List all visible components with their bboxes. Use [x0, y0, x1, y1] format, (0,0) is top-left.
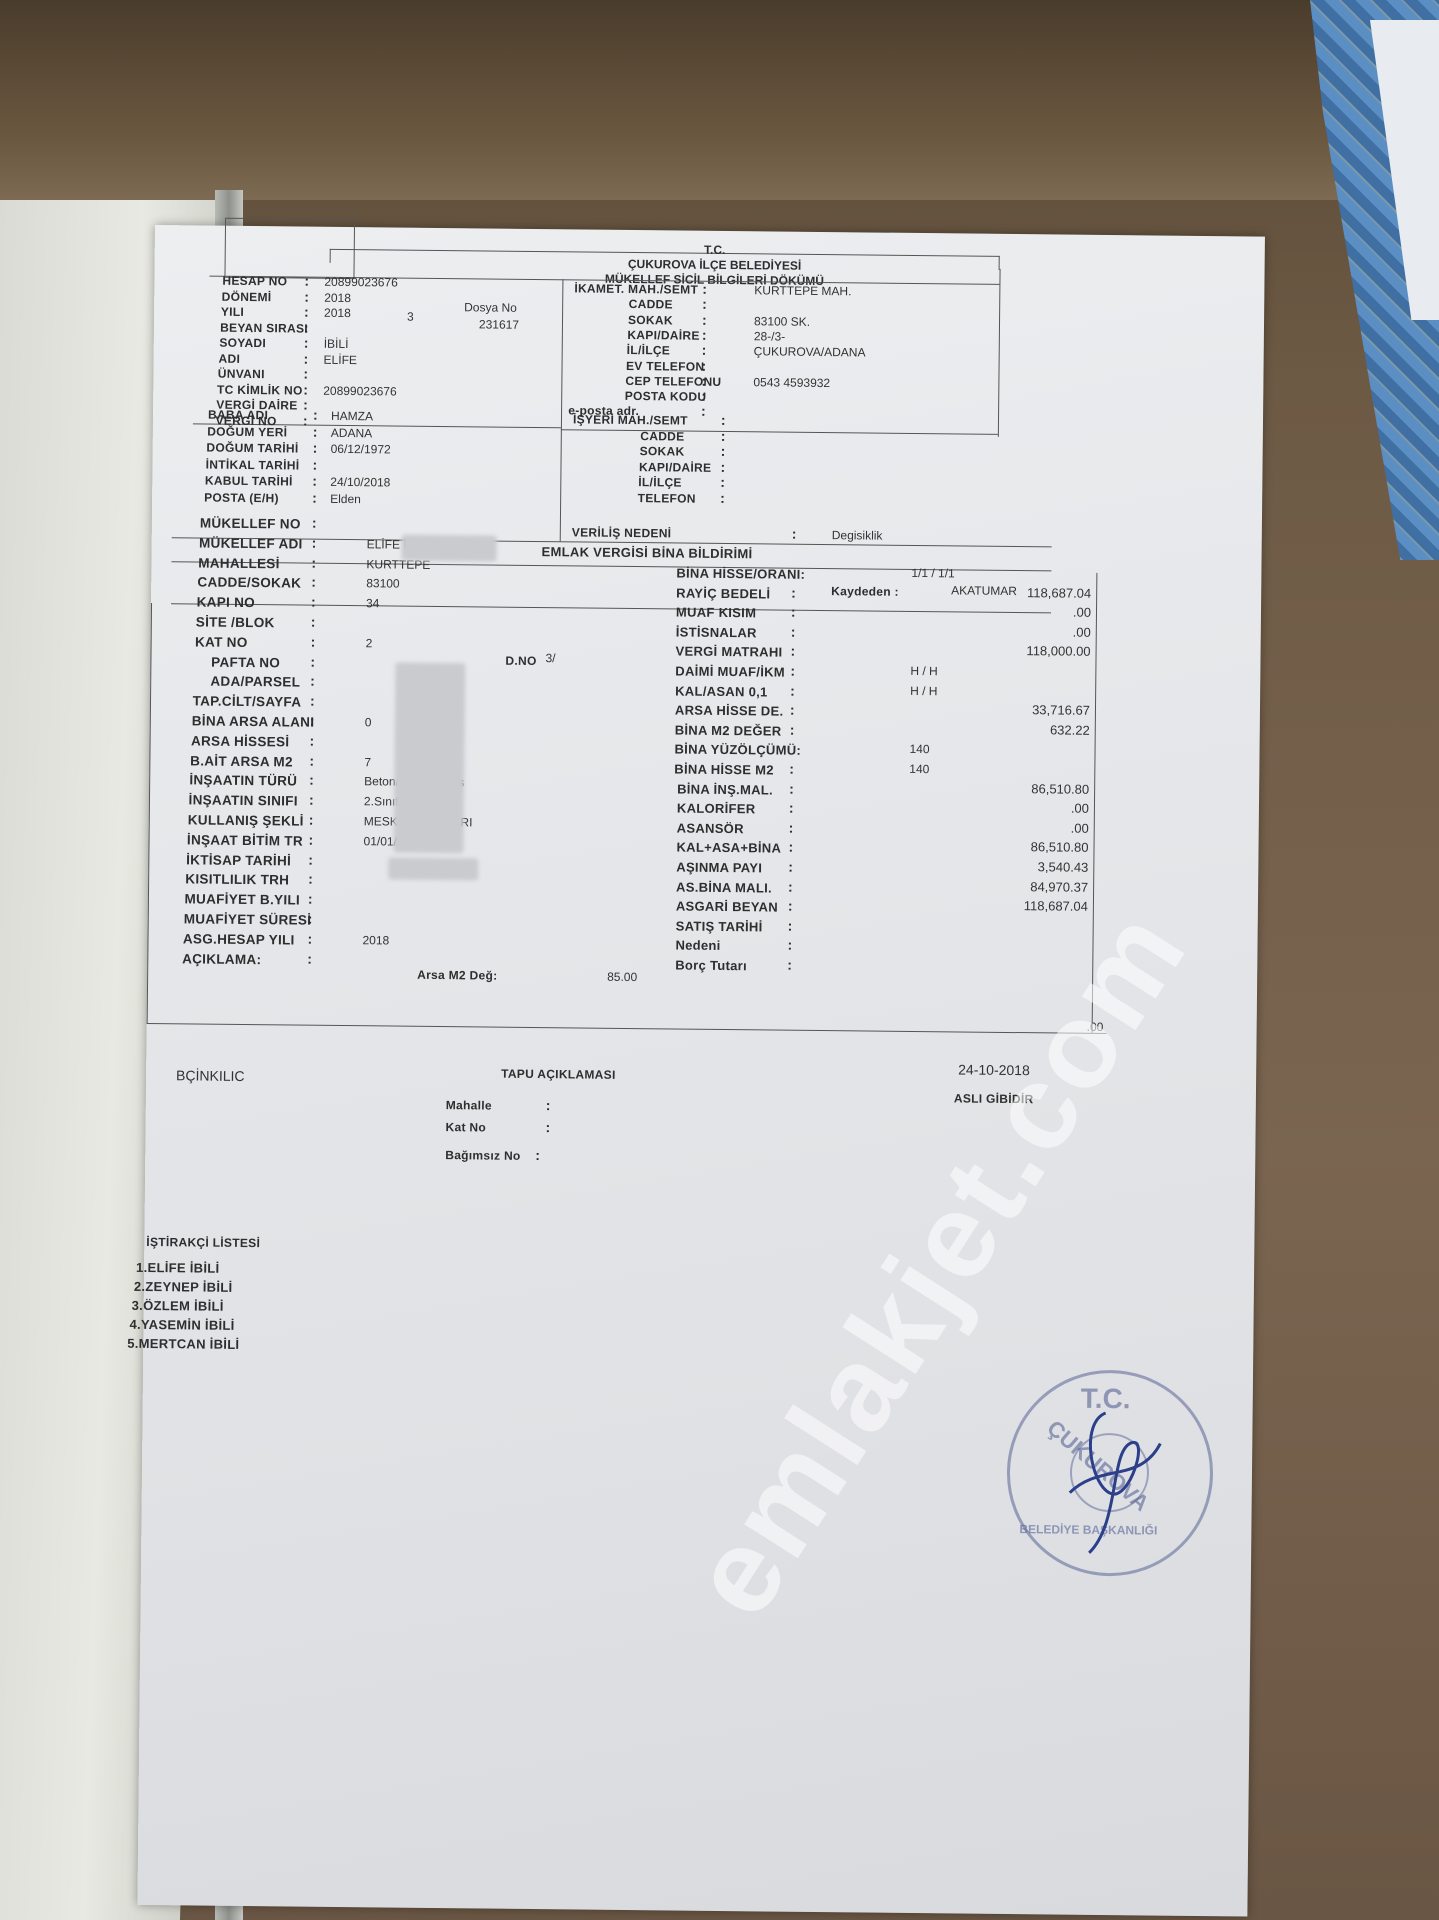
- istirakci-item: 5.MERTCAN İBİLİ: [127, 1336, 239, 1352]
- colon: :: [310, 732, 315, 748]
- field-value: KURTTEPE MAH.: [754, 283, 851, 298]
- field-value: Elden: [330, 491, 361, 505]
- field-label: SİTE /BLOK: [196, 614, 275, 630]
- colon: :: [303, 381, 308, 397]
- colon: :: [312, 515, 317, 531]
- field-value: 24/10/2018: [330, 475, 390, 490]
- colon: :: [303, 366, 308, 382]
- field-label: KISITLILIK TRH: [185, 872, 289, 888]
- colon: :: [304, 304, 309, 320]
- valuation-label: ASANSÖR: [677, 820, 744, 836]
- tapu-field-label: Mahalle: [446, 1098, 492, 1112]
- colon: :: [311, 614, 316, 630]
- field-label: SOKAK: [628, 313, 673, 327]
- colon: :: [313, 440, 318, 456]
- divider: [1092, 573, 1098, 1033]
- colon: :: [313, 407, 318, 423]
- field-label: CEP TELEFONU: [625, 374, 721, 389]
- colon: :: [721, 412, 726, 428]
- valuation-label: DAİMİ MUAF/İKM: [675, 663, 785, 679]
- field-label: MAHALLESİ: [198, 555, 280, 571]
- colon: :: [701, 403, 706, 419]
- colon: :: [788, 878, 793, 894]
- colon: :: [308, 831, 313, 847]
- valuation-label: Borç Tutarı: [675, 957, 747, 973]
- valuation-value: 3,540.43: [948, 858, 1088, 874]
- colon: :: [308, 871, 313, 887]
- colon: :: [702, 311, 707, 327]
- colon: :: [702, 281, 707, 297]
- colon: :: [310, 653, 315, 669]
- colon: :: [792, 526, 797, 542]
- field-label: DOĞUM YERİ: [207, 424, 287, 439]
- valuation-label: RAYİÇ BEDELİ: [676, 585, 770, 601]
- field-value: 2018: [324, 306, 351, 320]
- colon: :: [791, 623, 796, 639]
- field-label: KULLANIŞ ŞEKLİ: [188, 812, 304, 828]
- colon: :: [304, 273, 309, 289]
- valuation-value: 118,687.04: [951, 584, 1091, 600]
- colon: :: [787, 937, 792, 953]
- valuation-label: İSTİSNALAR: [676, 624, 757, 640]
- valuation-label: SATIŞ TARİHİ: [676, 918, 763, 934]
- valuation-label: AS.BİNA MALI.: [676, 879, 772, 895]
- field-value: 2018: [324, 290, 351, 304]
- asli-gibidir: ASLI GİBİDİR: [954, 1091, 1034, 1106]
- operator-name: BÇİNKILIC: [176, 1067, 245, 1084]
- field-value: 20899023676: [323, 383, 397, 398]
- field-label: SOYADI: [219, 336, 266, 350]
- colon: :: [310, 693, 315, 709]
- colon: :: [311, 554, 316, 570]
- colon: :: [304, 335, 309, 351]
- dosya-no-value: 231617: [479, 317, 519, 331]
- colon: :: [701, 388, 706, 404]
- field-value: 83100 SK.: [754, 314, 810, 329]
- verilis-label: VERİLİŞ NEDENİ: [572, 525, 672, 540]
- field-label: ÜNVANI: [218, 367, 265, 381]
- valuation-value: 84,970.37: [948, 878, 1088, 894]
- valuation-value: .00: [949, 819, 1089, 835]
- colon: :: [308, 891, 313, 907]
- colon: :: [309, 752, 314, 768]
- tapu-field-label: Bağımsız No: [445, 1148, 520, 1163]
- colon: :: [313, 423, 318, 439]
- colon: :: [307, 950, 312, 966]
- field-label: ASG.HESAP YILI: [183, 931, 295, 947]
- print-date: 24-10-2018: [958, 1061, 1030, 1078]
- field-value: 34: [366, 596, 380, 610]
- colon: :: [308, 911, 313, 927]
- valuation-label: BİNA YÜZÖLÇÜMÜ:: [674, 742, 801, 758]
- divider: [147, 1023, 1107, 1034]
- valuation-value: .00: [951, 623, 1091, 639]
- field-value: ADANA: [331, 425, 372, 439]
- colon: :: [790, 663, 795, 679]
- colon: :: [308, 851, 313, 867]
- valuation-value: 86,510.80: [948, 839, 1088, 855]
- colon: :: [791, 584, 796, 600]
- field-label: EV TELEFON: [626, 358, 704, 373]
- valuation-label: ASGARİ BEYAN: [676, 899, 778, 915]
- colon: :: [701, 357, 706, 373]
- colon: :: [309, 792, 314, 808]
- field-value: 0543 4593932: [753, 375, 830, 390]
- divider: [998, 269, 1001, 437]
- colon: :: [789, 780, 794, 796]
- field-label: KAPI/DAİRE: [639, 460, 711, 475]
- colon: :: [720, 458, 725, 474]
- field-label: TAP.CİLT/SAYFA: [193, 694, 302, 710]
- signature-icon: [1009, 1372, 1211, 1574]
- field-label: SOKAK: [640, 444, 685, 458]
- field-value: HAMZA: [331, 409, 373, 423]
- field-label: İNŞAAT BİTİM TR: [187, 832, 303, 848]
- colon: :: [303, 412, 308, 428]
- field-label: MÜKELLEF ADI: [199, 535, 303, 551]
- colon: :: [788, 917, 793, 933]
- field-label: POSTA (E/H): [204, 490, 279, 505]
- colon: :: [546, 1097, 551, 1113]
- valuation-label: VERGİ MATRAHI: [675, 644, 782, 660]
- valuation-label: Nedeni: [675, 938, 720, 953]
- istirakci-item: 4.YASEMİN İBİLİ: [129, 1317, 234, 1333]
- colon: :: [309, 772, 314, 788]
- colon: :: [303, 397, 308, 413]
- field-label: ADA/PARSEL: [210, 674, 300, 690]
- valuation-label: BİNA İNŞ.MAL.: [677, 781, 773, 797]
- beyan-sirasi-value: 3: [407, 310, 414, 324]
- colon: :: [311, 594, 316, 610]
- colon: :: [702, 296, 707, 312]
- divider: [561, 429, 998, 435]
- colon: :: [702, 327, 707, 343]
- valuation-mid: 1/1 / 1/1: [911, 566, 955, 580]
- section-title: EMLAK VERGİSİ BİNA BİLDİRİMİ: [542, 544, 753, 561]
- field-label: MUAFİYET SÜRESİ: [184, 911, 312, 927]
- field-label: ARSA HİSSESİ: [191, 733, 290, 749]
- colon: :: [720, 489, 725, 505]
- colon: :: [790, 682, 795, 698]
- istirakci-title: İŞTİRAKÇİ LİSTESİ: [146, 1235, 260, 1250]
- field-value: 28-/3-: [754, 329, 786, 343]
- colon: :: [545, 1119, 550, 1135]
- colon: :: [790, 721, 795, 737]
- field-label: TELEFON: [638, 491, 696, 506]
- valuation-mid: H / H: [910, 664, 937, 678]
- field-label: AÇIKLAMA:: [182, 951, 261, 967]
- field-value: ÇUKUROVA/ADANA: [754, 344, 866, 359]
- colon: :: [721, 427, 726, 443]
- field-label: İL/İLÇE: [627, 343, 671, 357]
- valuation-label: BİNA M2 DEĞER: [675, 722, 782, 738]
- background-couch: [0, 0, 1439, 200]
- colon: :: [788, 839, 793, 855]
- colon: :: [787, 957, 792, 973]
- field-label: İL/İLÇE: [638, 475, 682, 489]
- field-label: PAFTA NO: [211, 654, 280, 670]
- kaydeden-label: Kaydeden :: [831, 584, 899, 599]
- colon: :: [307, 930, 312, 946]
- dosya-no-label: Dosya No: [464, 300, 517, 315]
- redaction: [393, 663, 465, 854]
- field-label: KAT NO: [195, 634, 248, 650]
- valuation-value: .00: [951, 604, 1091, 620]
- field-value: 20899023676: [324, 275, 398, 290]
- field-value: 06/12/1972: [331, 442, 391, 457]
- field-label: CADDE/SOKAK: [197, 575, 301, 591]
- divider: [171, 603, 1051, 613]
- tapu-field-label: Kat No: [445, 1120, 486, 1134]
- field-value: ELİFE: [324, 352, 358, 366]
- valuation-mid: H / H: [910, 684, 937, 698]
- field-value: 2: [366, 636, 373, 650]
- colon: :: [789, 819, 794, 835]
- colon: :: [304, 288, 309, 304]
- istirakci-item: 2.ZEYNEP İBİLİ: [134, 1279, 233, 1295]
- dno-label: D.NO: [505, 654, 536, 668]
- field-label: MUAFİYET B.YILI: [184, 892, 300, 908]
- valuation-label: BİNA HİSSE M2: [674, 761, 774, 777]
- valuation-value: 33,716.67: [950, 702, 1090, 718]
- field-label: KAPI/DAİRE: [627, 328, 699, 343]
- field-label: İKAMET. MAH./SEMT: [574, 281, 698, 296]
- colon: :: [304, 350, 309, 366]
- colon: :: [789, 761, 794, 777]
- colon: :: [304, 319, 309, 335]
- divider: [560, 279, 564, 541]
- colon: :: [789, 800, 794, 816]
- field-label: DÖNEMİ: [222, 289, 272, 304]
- colon: :: [790, 702, 795, 718]
- field-label: CADDE: [629, 297, 673, 311]
- colon: :: [312, 456, 317, 472]
- field-value: 7: [364, 755, 371, 769]
- colon: :: [312, 534, 317, 550]
- valuation-label: KALORİFER: [677, 801, 756, 817]
- field-label: İŞYERİ MAH./SEMT: [573, 412, 688, 427]
- field-label: KABUL TARİHİ: [205, 474, 293, 489]
- arsa-m2-label: Arsa M2 Değ:: [417, 968, 497, 983]
- field-label: BEYAN SIRASI: [220, 320, 308, 335]
- valuation-label: AŞINMA PAYI: [676, 859, 762, 875]
- dno-value: 3/: [545, 651, 555, 665]
- field-value: 83100: [366, 577, 400, 591]
- colon: :: [702, 342, 707, 358]
- field-label: BİNA ARSA ALANI: [192, 713, 315, 729]
- colon: :: [721, 443, 726, 459]
- field-label: TC KİMLİK NO: [217, 382, 303, 397]
- redaction: [388, 857, 478, 880]
- colon: :: [312, 473, 317, 489]
- istirakci-item: 3.ÖZLEM İBİLİ: [132, 1298, 224, 1314]
- field-label: DOĞUM TARİHİ: [206, 441, 298, 456]
- field-label: İNŞAATIN SINIFI: [188, 793, 297, 809]
- valuation-label: MUAF KISIM: [676, 605, 756, 621]
- field-label: ADI: [219, 351, 241, 365]
- field-label: İNTİKAL TARİHİ: [206, 457, 300, 472]
- valuation-label: KAL+ASA+BİNA: [676, 840, 781, 856]
- colon: :: [310, 713, 315, 729]
- colon: :: [788, 898, 793, 914]
- valuation-value: 118,000.00: [951, 643, 1091, 659]
- valuation-value: 118,687.04: [948, 898, 1088, 914]
- valuation-value: 632.22: [950, 721, 1090, 737]
- colon: :: [790, 643, 795, 659]
- colon: :: [791, 604, 796, 620]
- field-label: İKTİSAP TARİHİ: [186, 852, 291, 868]
- colon: :: [720, 474, 725, 490]
- colon: :: [788, 859, 793, 875]
- field-label: POSTA KODU: [625, 389, 707, 404]
- valuation-label: KAL/ASAN 0,1: [675, 683, 768, 699]
- field-label: KAPI NO: [197, 595, 256, 611]
- tapu-title: TAPU AÇIKLAMASI: [501, 1067, 616, 1082]
- field-label: B.AİT ARSA M2: [190, 753, 293, 769]
- field-label: CADDE: [640, 429, 684, 443]
- field-value: İBİLİ: [324, 337, 349, 351]
- istirakci-item: 1.ELİFE İBİLİ: [136, 1260, 220, 1276]
- valuation-mid: 140: [909, 762, 929, 776]
- colon: :: [535, 1147, 540, 1163]
- colon: :: [701, 373, 706, 389]
- official-stamp: T.C. ÇUKUROVA BELEDİYE BAŞKANLIĞI: [1006, 1369, 1214, 1577]
- field-value: 0: [365, 715, 372, 729]
- tax-document-page: T.C. ÇUKUROVA İLÇE BELEDİYESİ MÜKELLEF S…: [137, 225, 1265, 1917]
- field-label: HESAP NO: [222, 274, 287, 289]
- colon: :: [309, 812, 314, 828]
- colon: :: [312, 489, 317, 505]
- valuation-label: BİNA HİSSE/ORANI:: [676, 565, 805, 581]
- verilis-value: Degisiklik: [832, 528, 883, 543]
- field-label: YILI: [221, 305, 244, 319]
- redaction: [401, 535, 496, 562]
- colon: :: [311, 574, 316, 590]
- colon: :: [311, 633, 316, 649]
- field-label: MÜKELLEF NO: [200, 515, 301, 531]
- valuation-mid: 140: [909, 742, 929, 756]
- field-value: 2018: [362, 933, 389, 947]
- valuation-value: .00: [949, 800, 1089, 816]
- valuation-label: ARSA HİSSE DE.: [675, 703, 784, 719]
- field-label: İNŞAATIN TÜRÜ: [189, 773, 297, 789]
- arsa-m2-value: 85.00: [607, 970, 637, 984]
- colon: :: [310, 673, 315, 689]
- valuation-value: 86,510.80: [949, 780, 1089, 796]
- field-label: BABA ADI: [208, 408, 268, 423]
